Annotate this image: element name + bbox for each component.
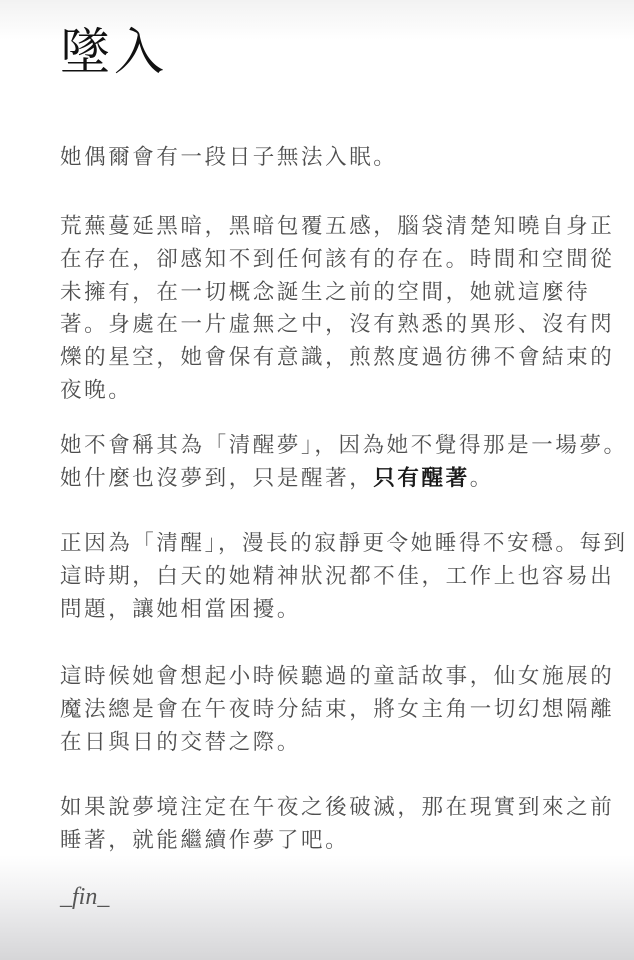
paragraph-line: 問題，讓她相當困擾。 bbox=[60, 594, 590, 627]
paragraph-line-with-emphasis: 她什麼也沒夢到，只是醒著，只有醒著。 bbox=[60, 463, 590, 496]
paragraph-line: 這時候她會想起小時候聽過的童話故事，仙女施展的 bbox=[60, 661, 590, 694]
paragraph-6: 如果說夢境注定在午夜之後破滅，那在現實到來之前 睡著，就能繼續作夢了吧。 bbox=[60, 792, 590, 858]
paragraph-line: 魔法總是會在午夜時分結束，將女主角一切幻想隔離 bbox=[60, 694, 590, 727]
paragraph-line: 這時期，白天的她精神狀況都不佳，工作上也容易出 bbox=[60, 561, 590, 594]
line-tail: 。 bbox=[470, 466, 494, 491]
paragraph-line: 爍的星空，她會保有意識，煎熬度過彷彿不會結束的 bbox=[60, 342, 590, 375]
story-ending-mark: _fin_ bbox=[60, 884, 109, 911]
paragraph-4: 正因為「清醒」，漫長的寂靜更令她睡得不安穩。每到 這時期，白天的她精神狀況都不佳… bbox=[60, 528, 590, 626]
paragraph-line: 在日與日的交替之際。 bbox=[60, 727, 590, 760]
paragraph-line: 未擁有，在一切概念誕生之前的空間，她就這麼待 bbox=[60, 277, 590, 310]
paragraph-line: 正因為「清醒」，漫長的寂靜更令她睡得不安穩。每到 bbox=[60, 528, 590, 561]
paragraph-1: 她偶爾會有一段日子無法入眠。 bbox=[60, 142, 590, 175]
paragraph-line: 夜晚。 bbox=[60, 375, 590, 408]
paragraph-line: 著。身處在一片虛無之中，沒有熟悉的異形、沒有閃 bbox=[60, 309, 590, 342]
paragraph-5: 這時候她會想起小時候聽過的童話故事，仙女施展的 魔法總是會在午夜時分結束，將女主… bbox=[60, 661, 590, 759]
paragraph-2: 荒蕪蔓延黑暗，黑暗包覆五感，腦袋清楚知曉自身正 在存在，卻感知不到任何該有的存在… bbox=[60, 211, 590, 408]
paragraph-3: 她不會稱其為「清醒夢」，因為她不覺得那是一場夢。 她什麼也沒夢到，只是醒著，只有… bbox=[60, 430, 590, 496]
emphasis-text: 只有醒著 bbox=[373, 466, 469, 491]
paragraph-line: 在存在，卻感知不到任何該有的存在。時間和空間從 bbox=[60, 244, 590, 277]
paragraph-line: 睡著，就能繼續作夢了吧。 bbox=[60, 825, 590, 858]
line-text: 她什麼也沒夢到，只是醒著， bbox=[60, 466, 373, 491]
paragraph-line: 荒蕪蔓延黑暗，黑暗包覆五感，腦袋清楚知曉自身正 bbox=[60, 211, 590, 244]
paragraph-line: 她偶爾會有一段日子無法入眠。 bbox=[60, 142, 590, 175]
paragraph-line: 她不會稱其為「清醒夢」，因為她不覺得那是一場夢。 bbox=[60, 430, 590, 463]
paragraph-line: 如果說夢境注定在午夜之後破滅，那在現實到來之前 bbox=[60, 792, 590, 825]
story-title: 墜入 bbox=[60, 22, 168, 82]
